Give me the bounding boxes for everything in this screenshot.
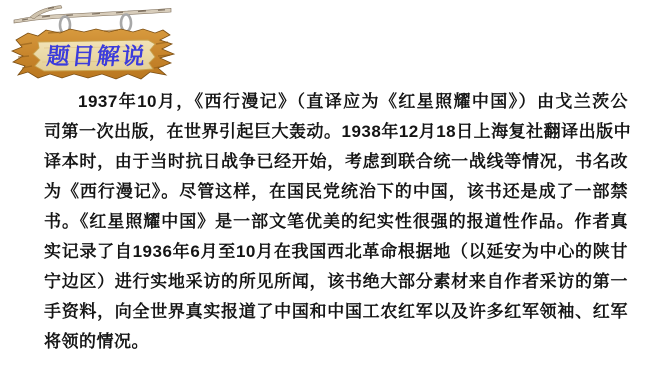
title-sign-graphic: 题目解说 (8, 0, 180, 86)
paragraph-line: 书。《红星照耀中国》是一部文笔优美的纪实性很强的报道性作品。作者真 (44, 207, 628, 237)
paragraph-line: 手资料，向全世界真实报道了中国和中国工农红军以及许多红军领袖、红军 (44, 297, 628, 327)
body-text: 1937年10月，《西行漫记》（直译应为《红星照耀中国》）由戈兰茨公 司第一次出… (44, 87, 628, 357)
branch-graphic (14, 6, 171, 24)
sign-label: 题目解说 (46, 43, 149, 69)
paragraph-line: 司第一次出版，在世界引起巨大轰动。1938年12月18日上海复社翻译出版中 (44, 117, 628, 147)
paragraph-line: 宁边区）进行实地采访的所见所闻，该书绝大部分素材来自作者采访的第一 (44, 267, 628, 297)
paragraph-line: 为《西行漫记》。尽管这样，在国民党统治下的中国，该书还是成了一部禁 (44, 177, 628, 207)
slide: 题目解说 1937年10月，《西行漫记》（直译应为《红星照耀中国》）由戈兰茨公 … (0, 0, 668, 376)
paragraph-line: 1937年10月，《西行漫记》（直译应为《红星照耀中国》）由戈兰茨公 (44, 87, 628, 117)
title-sign: 题目解说 (8, 0, 180, 86)
paragraph-line: 实记录了自1936年6月至10月在我国西北革命根据地（以延安为中心的陕甘 (44, 237, 628, 267)
hook-icon-right (121, 15, 131, 32)
paragraph-line: 译本时，由于当时抗日战争已经开始，考虑到联合统一战线等情况，书名改 (44, 147, 628, 177)
paragraph-line: 将领的情况。 (44, 327, 628, 357)
